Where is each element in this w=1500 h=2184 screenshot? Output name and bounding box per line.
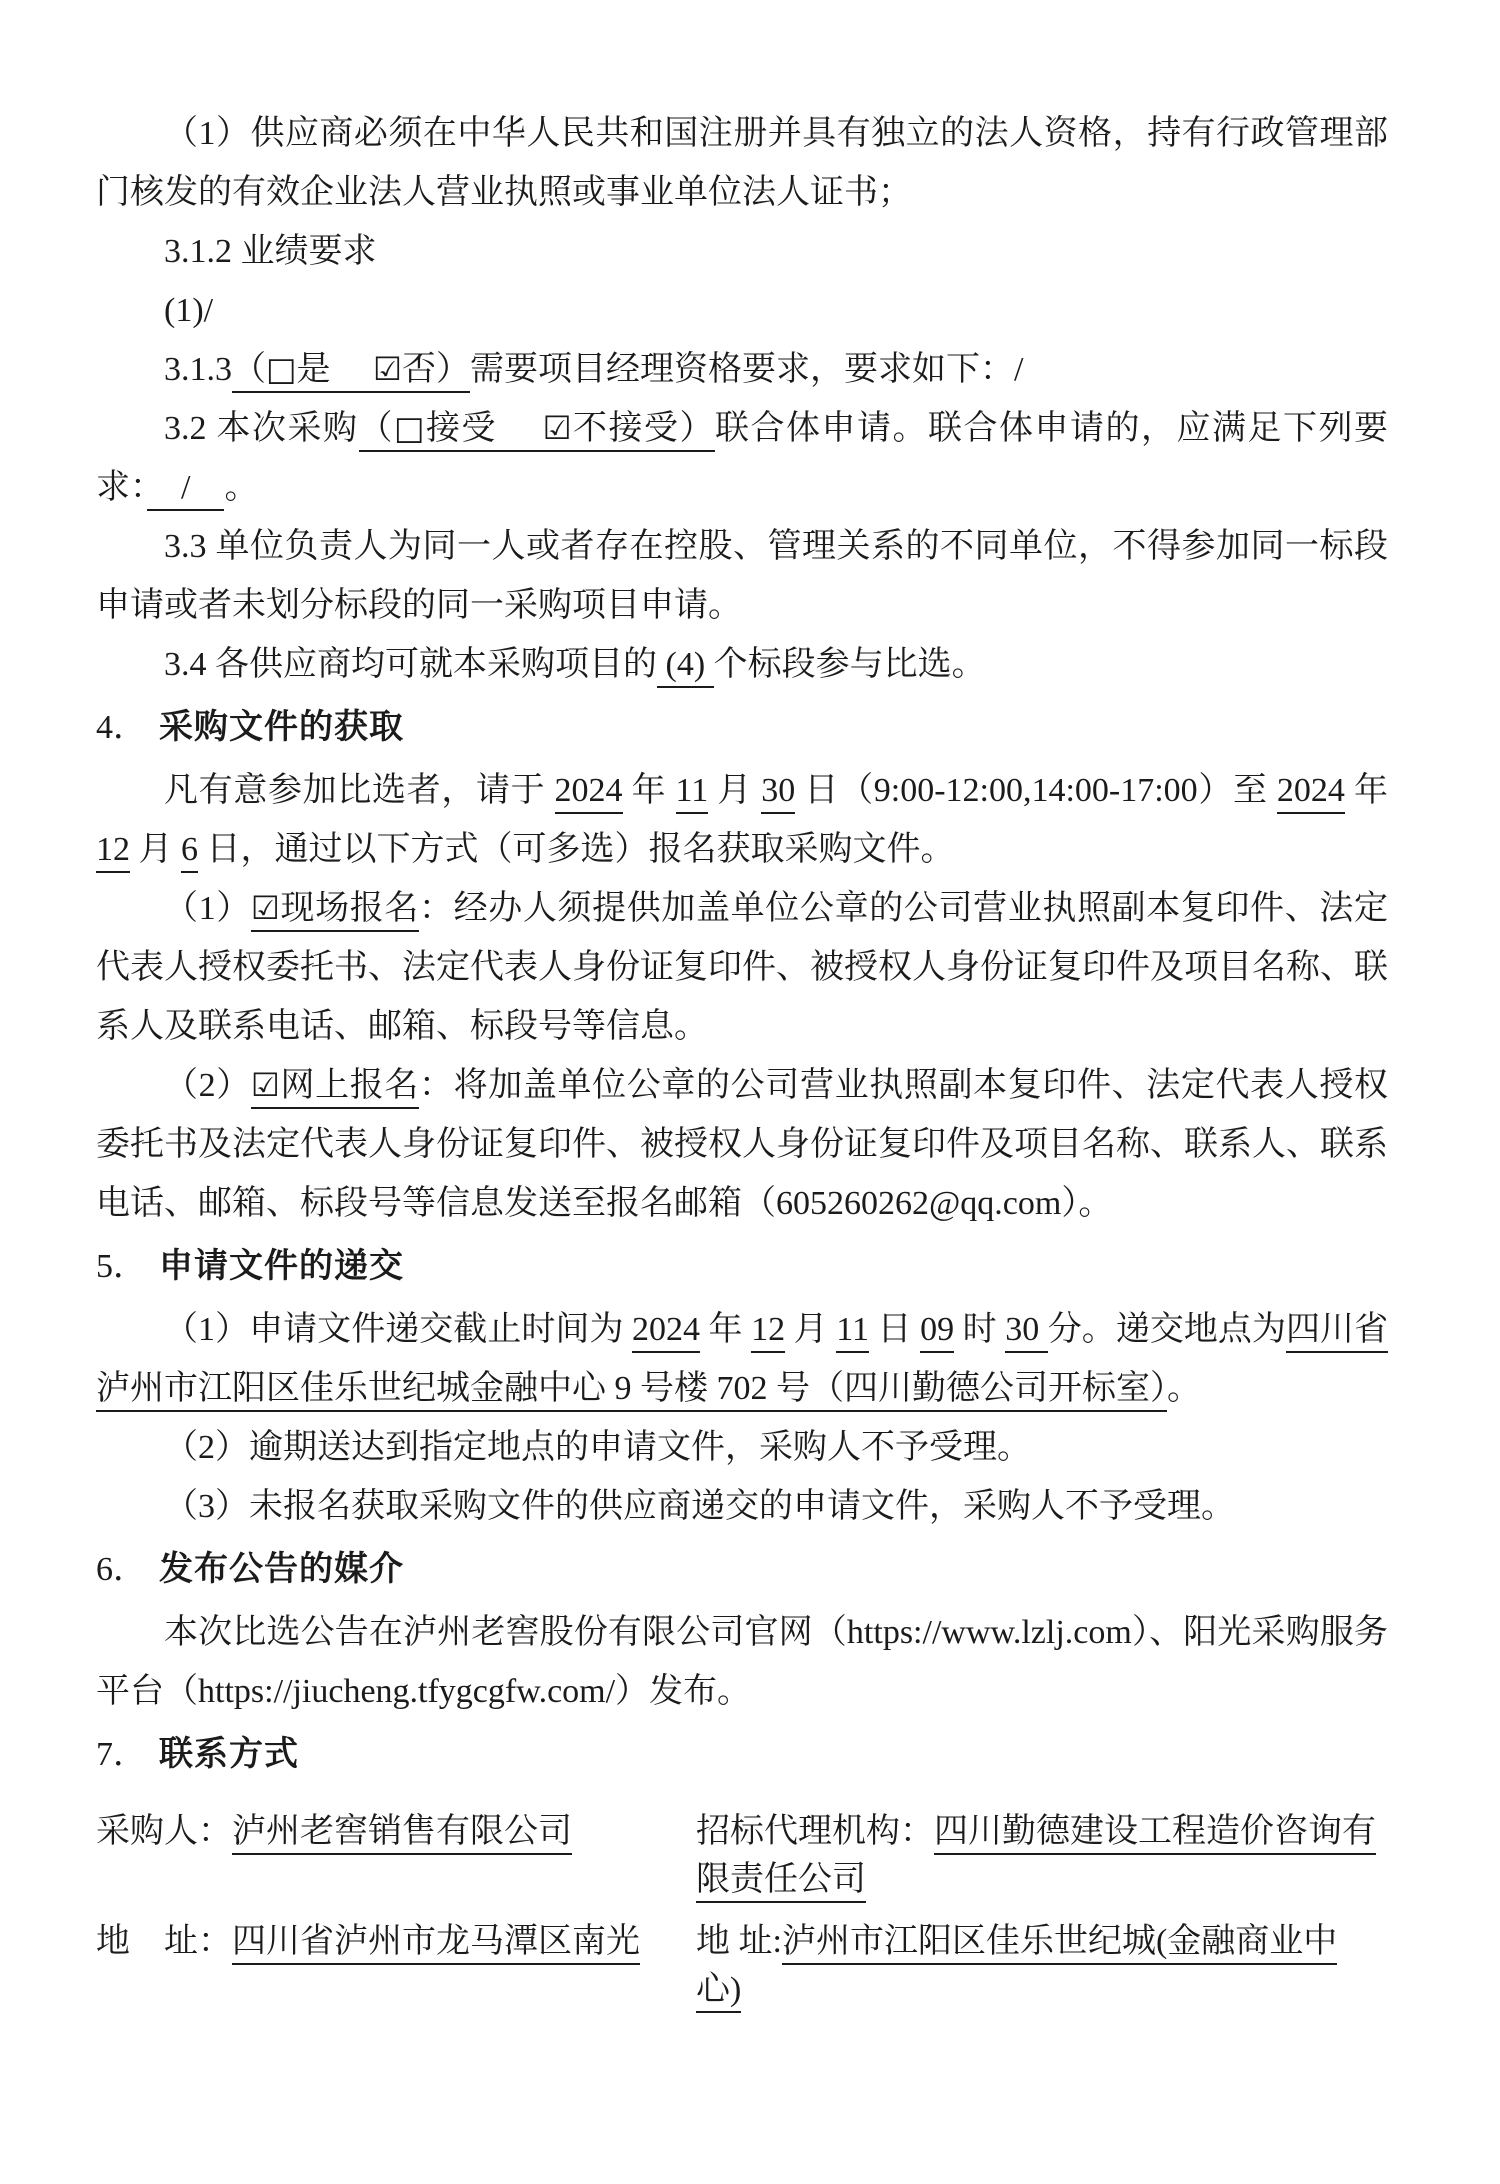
- text-run: 本次比选公告在泸州老窖股份有限公司官网（https://www.lzlj.com…: [96, 1614, 1388, 1710]
- para-6-announcement-websites: 本次比选公告在泸州老窖股份有限公司官网（https://www.lzlj.com…: [96, 1603, 1388, 1721]
- text-run: 地 址:: [696, 1923, 782, 1960]
- text-run: （: [359, 410, 395, 452]
- heading-number: 7．: [96, 1736, 147, 1773]
- text-run: 月: [785, 1311, 836, 1348]
- text-run: 发布公告的媒介: [159, 1550, 404, 1588]
- document-content: （1）供应商必须在中华人民共和国注册并具有独立的法人资格，持有行政管理部门核发的…: [96, 104, 1388, 2014]
- heading-6-announcement-media: 6．发布公告的媒介: [96, 1540, 1388, 1599]
- text-run: （1）申请文件递交截止时间为: [164, 1311, 632, 1348]
- heading-number: 4．: [96, 709, 147, 746]
- text-run: （2）: [164, 1067, 251, 1104]
- para-3-1-2-performance-requirement: 3.1.2 业绩要求: [96, 222, 1388, 281]
- text-run: 联系方式: [159, 1735, 299, 1773]
- text-run: 接受: [426, 410, 543, 452]
- text-run: 现场报名: [280, 890, 419, 932]
- text-run: 3.4 各供应商均可就本采购项目的: [164, 646, 657, 683]
- text-run: 年: [623, 772, 676, 809]
- text-run: 年: [1345, 772, 1388, 809]
- para-5-unregistered-supplier: （3）未报名获取采购文件的供应商递交的申请文件，采购人不予受理。: [96, 1477, 1388, 1536]
- text-run: （1）供应商必须在中华人民共和国注册并具有独立的法人资格，持有行政管理部门核发的…: [96, 115, 1388, 211]
- para-4-registration-period: 凡有意参加比选者，请于 2024 年 11 月 30 日（9:00-12:00,…: [96, 761, 1388, 879]
- text-run: 3.1.2 业绩要求: [164, 233, 377, 270]
- text-run: 12: [751, 1311, 785, 1353]
- text-run: 30: [761, 772, 795, 814]
- para-5-late-delivery: （2）逾期送达到指定地点的申请文件，采购人不予受理。: [96, 1418, 1388, 1477]
- para-3-1-3-project-manager-requirement: 3.1.3（□是 ☑否）需要项目经理资格要求，要求如下：/: [96, 340, 1388, 399]
- para-3-2-consortium-application: 3.2 本次采购（□接受 ☑不接受）联合体申请。联合体申请的，应满足下列要求： …: [96, 399, 1388, 517]
- text-run: 11: [836, 1311, 869, 1353]
- text-run: 。: [1167, 1370, 1201, 1407]
- text-run: 不接受）: [572, 410, 716, 452]
- text-run: 日: [869, 1311, 920, 1348]
- document-page: （1）供应商必须在中华人民共和国注册并具有独立的法人资格，持有行政管理部门核发的…: [0, 0, 1500, 2184]
- text-run: 采购文件的获取: [159, 708, 404, 746]
- text-run: 年: [700, 1311, 751, 1348]
- text-run: 四川省泸州市龙马潭区南光: [232, 1923, 640, 1965]
- text-run: 30: [1005, 1311, 1048, 1353]
- heading-5-application-submission: 5．申请文件的递交: [96, 1237, 1388, 1296]
- text-run: 凡有意参加比选者，请于: [164, 772, 555, 809]
- text-run: 2024: [632, 1311, 700, 1353]
- text-run: 日，通过以下方式（可多选）报名获取采购文件。: [198, 831, 955, 868]
- para-4-online-registration: （2）☑网上报名：将加盖单位公章的公司营业执照副本复印件、法定代表人授权委托书及…: [96, 1056, 1388, 1233]
- heading-number: 5．: [96, 1248, 147, 1285]
- text-run: 09: [920, 1311, 954, 1353]
- para-3-4-lot-participation: 3.4 各供应商均可就本采购项目的 (4) 个标段参与比选。: [96, 635, 1388, 694]
- text-run: 3.3 单位负责人为同一人或者存在控股、管理关系的不同单位，不得参加同一标段申请…: [96, 528, 1388, 624]
- para-3-3-same-responsible-person: 3.3 单位负责人为同一人或者存在控股、管理关系的不同单位，不得参加同一标段申请…: [96, 517, 1388, 635]
- text-run: 日（9:00-12:00,14:00-17:00）至: [795, 772, 1277, 809]
- text-run: 泸州老窖销售有限公司: [232, 1813, 572, 1855]
- text-run: 申请文件的递交: [159, 1247, 404, 1285]
- text-run: 3.2 本次采购: [164, 410, 359, 447]
- text-run: 6: [181, 831, 198, 873]
- unchecked-checkbox-icon: □: [266, 350, 297, 393]
- purchaser-field: 采购人：泸州老窖销售有限公司: [96, 1794, 696, 1904]
- heading-number: 6．: [96, 1551, 147, 1588]
- text-run: 2024: [1277, 772, 1345, 814]
- text-run: 否）: [402, 351, 470, 393]
- text-run: 是: [297, 351, 374, 393]
- text-run: 3.1.3: [164, 351, 232, 388]
- checked-checkbox-icon: ☑: [251, 889, 280, 932]
- checked-checkbox-icon: ☑: [373, 350, 402, 393]
- para-supplier-legal-qualification: （1）供应商必须在中华人民共和国注册并具有独立的法人资格，持有行政管理部门核发的…: [96, 104, 1388, 222]
- text-run: /: [147, 469, 224, 511]
- text-run: 采购人：: [96, 1813, 232, 1850]
- contact-section: 采购人：泸州老窖销售有限公司招标代理机构：四川勤德建设工程造价咨询有限责任公司地…: [96, 1794, 1388, 2014]
- text-run: (1)/: [164, 292, 213, 329]
- text-run: 地 址：: [96, 1923, 232, 1960]
- text-run: 泸州市江阳区佳乐世纪城(金融商业中心): [696, 1923, 1337, 2013]
- text-run: (4): [657, 646, 714, 688]
- text-run: 11: [676, 772, 709, 814]
- checked-checkbox-icon: ☑: [251, 1066, 280, 1109]
- heading-4-document-acquisition: 4．采购文件的获取: [96, 698, 1388, 757]
- text-run: （2）逾期送达到指定地点的申请文件，采购人不予受理。: [164, 1429, 1031, 1466]
- text-run: （3）未报名获取采购文件的供应商递交的申请文件，采购人不予受理。: [164, 1488, 1235, 1525]
- text-run: （1）: [164, 890, 251, 927]
- unchecked-checkbox-icon: □: [394, 409, 426, 452]
- para-3-1-2-item: (1)/: [96, 281, 1388, 340]
- text-run: 招标代理机构：: [696, 1813, 934, 1850]
- text-run: （: [232, 351, 266, 393]
- text-run: 分。递交地点为: [1048, 1311, 1286, 1348]
- checked-checkbox-icon: ☑: [543, 409, 572, 452]
- text-run: 个标段参与比选。: [714, 646, 986, 683]
- text-run: 月: [130, 831, 181, 868]
- text-run: 月: [708, 772, 761, 809]
- purchaser-address-field: 地 址：四川省泸州市龙马潭区南光: [96, 1904, 696, 2014]
- para-4-onsite-registration: （1）☑现场报名：经办人须提供加盖单位公章的公司营业执照副本复印件、法定代表人授…: [96, 879, 1388, 1056]
- text-run: 。: [224, 469, 258, 506]
- text-run: 网上报名: [280, 1067, 419, 1109]
- agency-field: 招标代理机构：四川勤德建设工程造价咨询有限责任公司: [696, 1794, 1388, 1904]
- text-run: 12: [96, 831, 130, 873]
- text-run: 时: [954, 1311, 1005, 1348]
- text-run: 2024: [555, 772, 623, 814]
- agency-address-field: 地 址:泸州市江阳区佳乐世纪城(金融商业中心): [696, 1904, 1388, 2014]
- text-run: 需要项目经理资格要求，要求如下：/: [470, 351, 1023, 388]
- heading-7-contact-information: 7．联系方式: [96, 1725, 1388, 1784]
- para-5-submission-deadline: （1）申请文件递交截止时间为 2024 年 12 月 11 日 09 时 30 …: [96, 1300, 1388, 1418]
